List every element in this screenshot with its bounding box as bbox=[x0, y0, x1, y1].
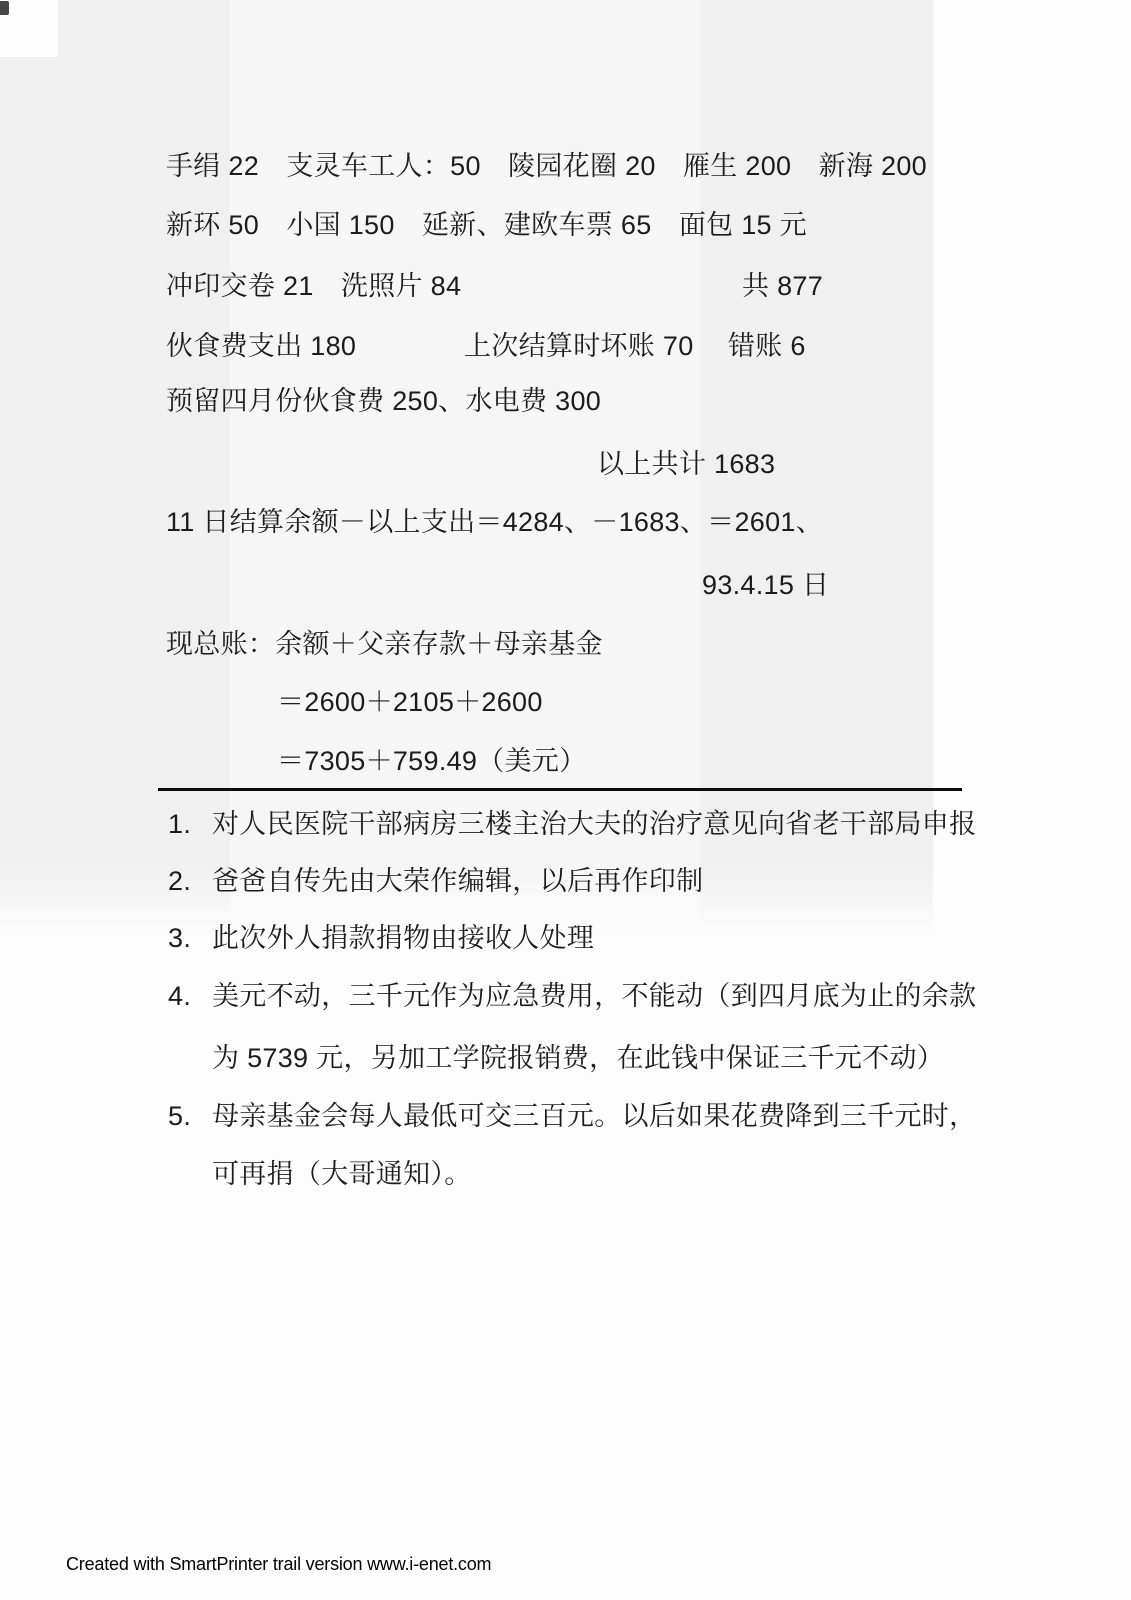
sum-line-1: ＝2600＋2105＋2600 bbox=[277, 688, 543, 717]
note-4-text-line-2: 为 5739 元，另加工学院报销费，在此钱中保证三千元不动） bbox=[212, 1044, 944, 1073]
sum-line-2: ＝7305＋759.49（美元） bbox=[277, 747, 586, 776]
expense-line-2: 新环 50 小国 150 延新、建欧车票 65 面包 15 元 bbox=[166, 211, 807, 240]
account-summary-line: 现总账：余额＋父亲存款＋母亲基金 bbox=[166, 630, 603, 659]
date-line: 93.4.15 日 bbox=[702, 571, 829, 600]
note-1-text: 对人民医院干部病房三楼主治大夫的治疗意见向省老干部局申报 bbox=[212, 810, 976, 839]
note-1-number: 1. bbox=[168, 810, 191, 839]
balance-calculation-line: 11 日结算余额－以上支出＝4284、－1683、＝2601、 bbox=[166, 508, 823, 537]
printer-watermark: Created with SmartPrinter trail version … bbox=[66, 1554, 491, 1575]
note-3-number: 3. bbox=[168, 924, 191, 953]
note-5-number: 5. bbox=[168, 1102, 191, 1131]
subtotal-line: 以上共计 1683 bbox=[597, 450, 775, 479]
note-5-text-line-2: 可再捐（大哥通知）。 bbox=[212, 1160, 472, 1189]
note-4-text-line-1: 美元不动，三千元作为应急费用，不能动（到四月底为止的余款 bbox=[212, 982, 976, 1011]
expense-line-3: 冲印交卷 21 洗照片 84 bbox=[166, 272, 461, 301]
bad-debt-entry: 上次结算时坏账 70 bbox=[464, 332, 694, 361]
note-4-number: 4. bbox=[168, 982, 191, 1011]
scanned-document-page: 手绢 22 支灵车工人：50 陵园花圈 20 雁生 200 新海 200 新环 … bbox=[0, 0, 1131, 1600]
corner-scan-artifact bbox=[0, 1, 9, 15]
expense-line-1: 手绢 22 支灵车工人：50 陵园花圈 20 雁生 200 新海 200 bbox=[166, 152, 927, 181]
divider-rule bbox=[158, 788, 962, 791]
note-2-text: 爸爸自传先由大荣作编辑，以后再作印制 bbox=[212, 867, 703, 896]
wrong-account-entry: 错账 6 bbox=[728, 332, 806, 361]
note-5-text-line-1: 母亲基金会每人最低可交三百元。以后如果花费降到三千元时， bbox=[212, 1102, 976, 1131]
scan-gray-region bbox=[0, 0, 933, 935]
reserved-expense-line: 预留四月份伙食费 250、水电费 300 bbox=[166, 387, 601, 416]
note-3-text: 此次外人捐款捐物由接收人处理 bbox=[212, 924, 594, 953]
note-2-number: 2. bbox=[168, 867, 191, 896]
expense-line-3-total: 共 877 bbox=[742, 272, 823, 301]
meal-expense: 伙食费支出 180 bbox=[166, 332, 356, 361]
